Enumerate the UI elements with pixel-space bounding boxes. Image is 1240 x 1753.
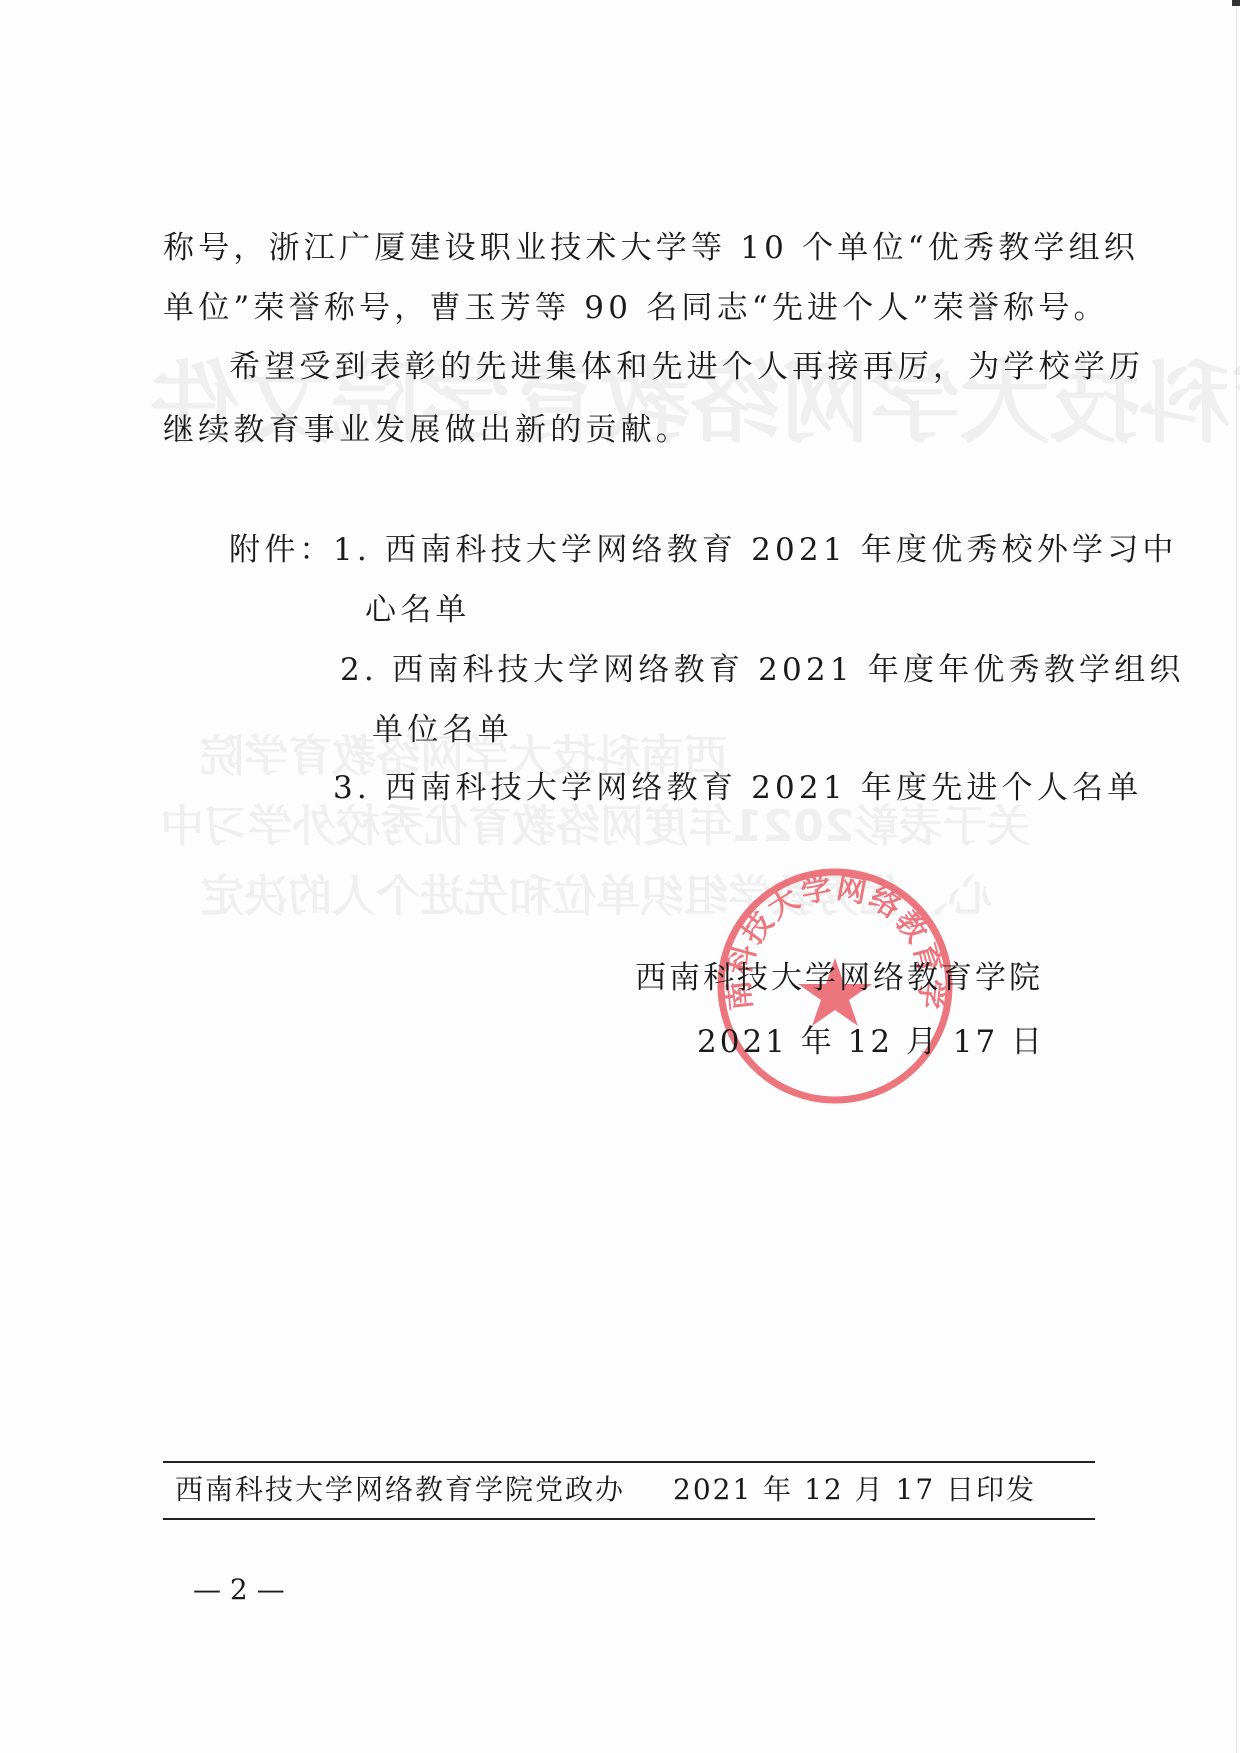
footer-issue-date: 2021 年 12 月 17 日印发 [673, 1473, 1036, 1506]
footer-issuer: 西南科技大学网络教育学院党政办 [175, 1473, 625, 1506]
body-paragraph-line: 单位”荣誉称号，曹玉芳等 90 名同志“先进个人”荣誉称号。 [163, 288, 1109, 328]
attachment-item-3: 3. 西南科技大学网络教育 2021 年度先进个人名单 [333, 768, 1142, 808]
page-edge [1236, 0, 1237, 1753]
footer-imprint: 西南科技大学网络教育学院党政办2021 年 12 月 17 日印发 [175, 1470, 1036, 1510]
attachment-item-2-cont: 单位名单 [372, 710, 513, 750]
attachment-item-1: 1. 西南科技大学网络教育 2021 年度优秀校外学习中 [333, 530, 1178, 570]
attachment-item-2: 2. 西南科技大学网络教育 2021 年度年优秀教学组织 [340, 650, 1185, 690]
footer-bottom-rule [163, 1518, 1095, 1520]
body-paragraph-line: 称号，浙江广厦建设职业技术大学等 10 个单位“优秀教学组织 [163, 228, 1139, 268]
body-paragraph-line: 继续教育事业发展做出新的贡献。 [163, 410, 691, 450]
scan-artifact [1232, 0, 1240, 6]
footer-top-rule [163, 1461, 1095, 1463]
attachments-label: 附件： [229, 530, 335, 570]
body-paragraph-line: 希望受到表彰的先进集体和先进个人再接再厉，为学校学历 [229, 347, 1144, 387]
signature-organization: 西南科技大学网络教育学院 [635, 958, 1043, 998]
signature-date: 2021 年 12 月 17 日 [697, 1022, 1045, 1062]
page-number: — 2 — [193, 1572, 285, 1608]
attachment-item-1-cont: 心名单 [365, 590, 471, 630]
